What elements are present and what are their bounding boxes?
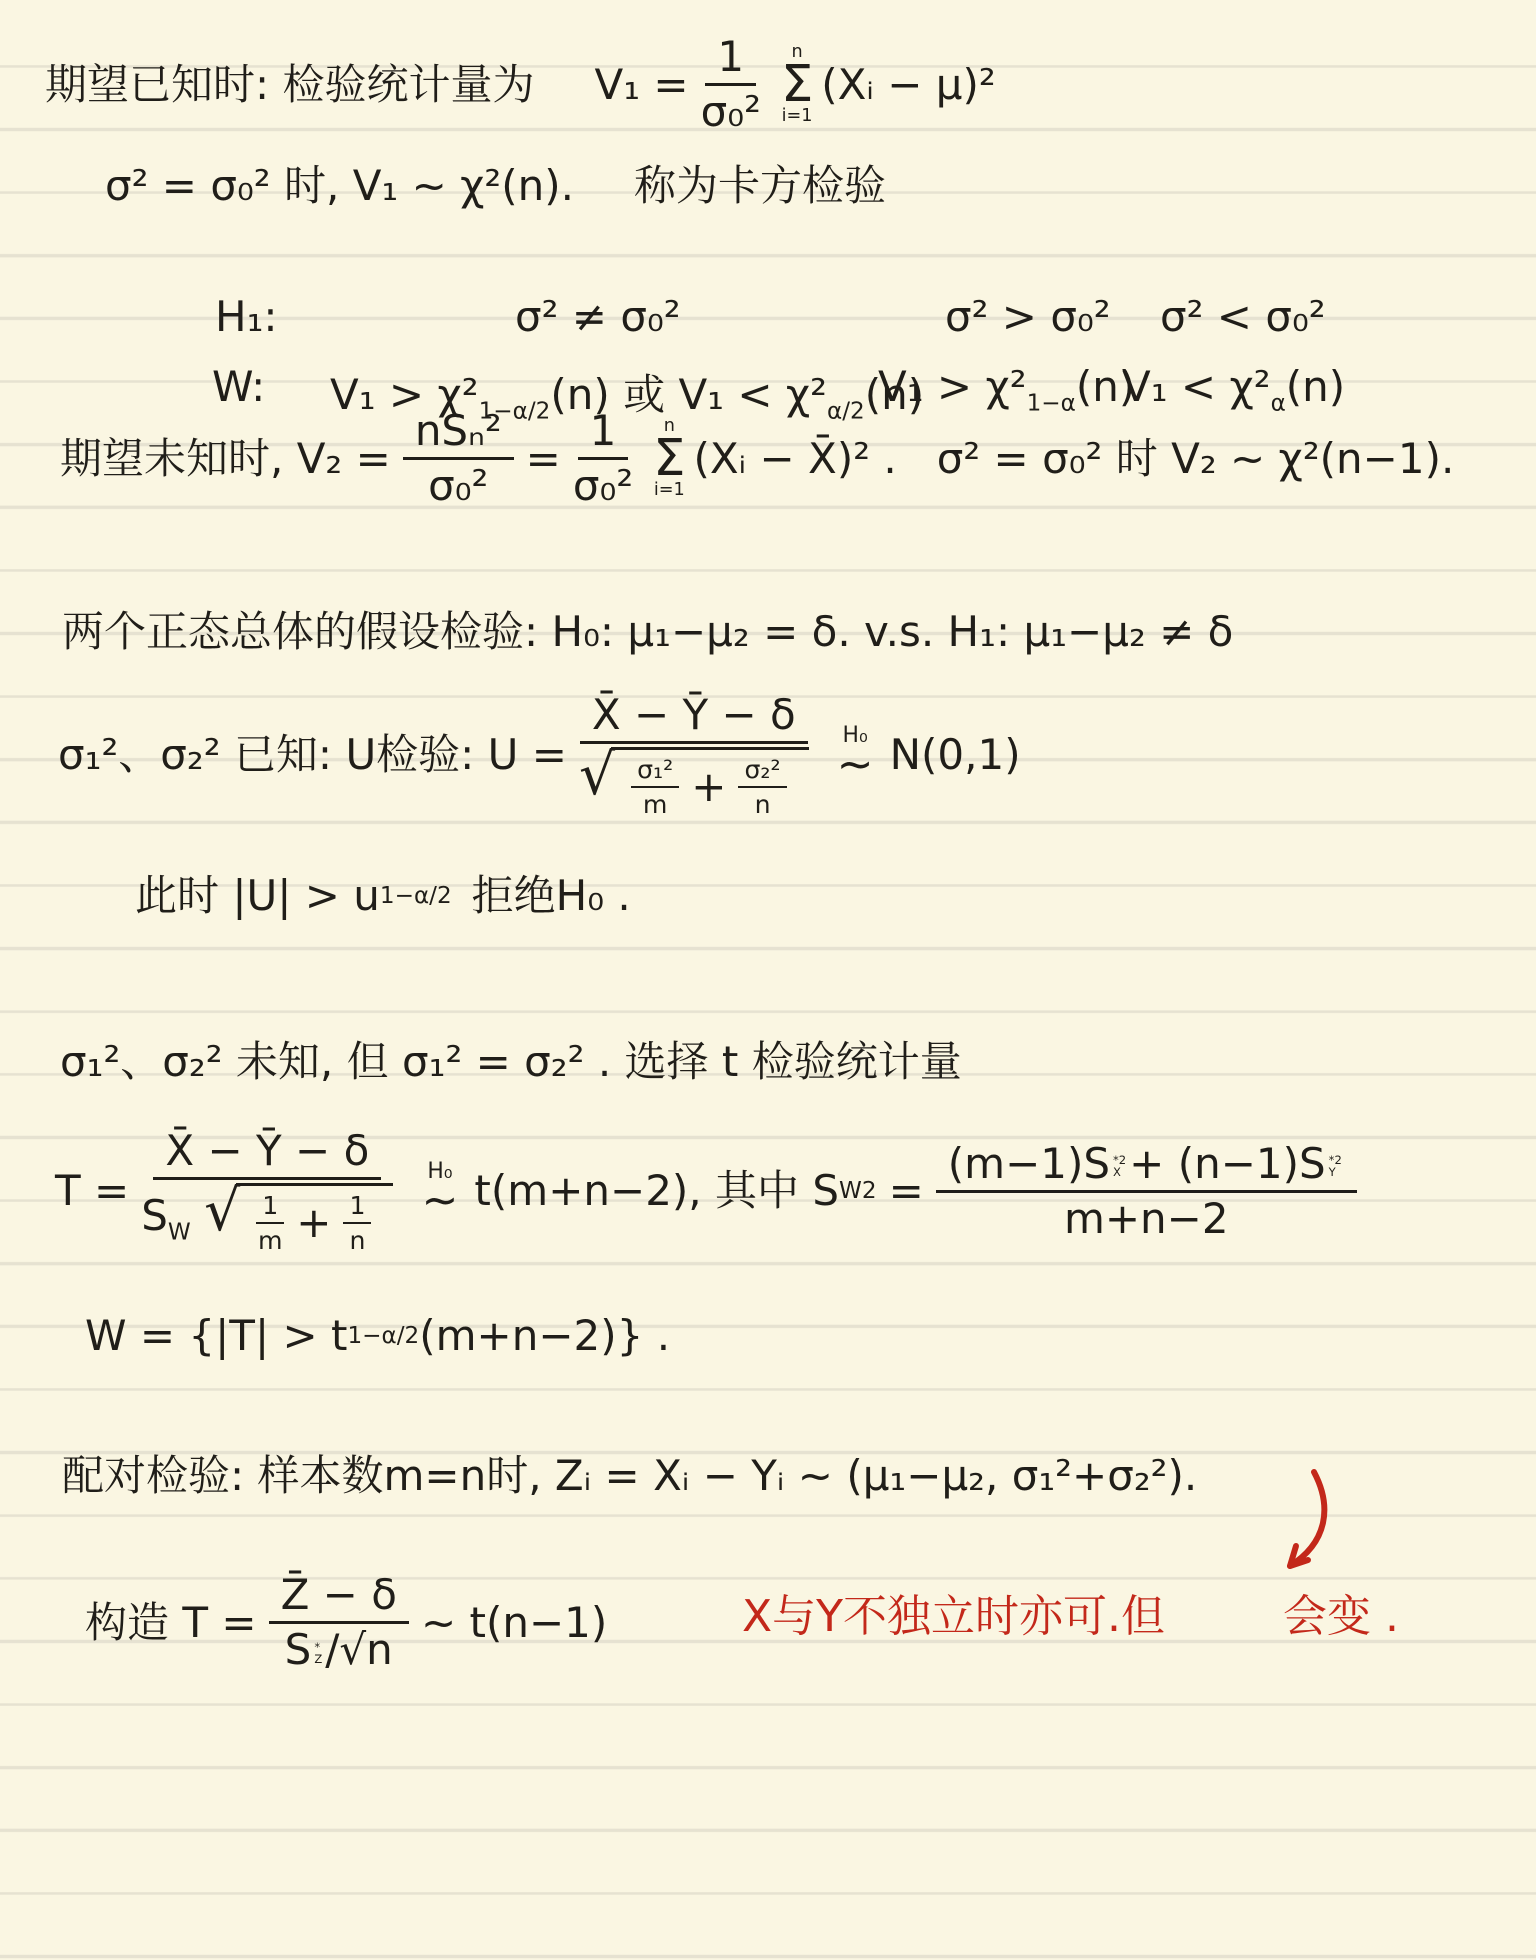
red-arrow-icon: [1262, 1468, 1354, 1586]
distributed-under-h0: H₀ ~: [421, 1162, 458, 1221]
sf1-den: m: [643, 788, 668, 819]
line-chi-square-naming: σ² = σ₀² 时, V₁ ~ χ²(n). 称为卡方检验: [105, 162, 886, 210]
sf2-num: 1: [343, 1192, 371, 1224]
one-over-m: 1 m: [256, 1192, 284, 1254]
line5-label: 期望未知时, V₂ =: [60, 435, 391, 483]
line-u-test: σ₁²、σ₂² 已知: U检验: U = X̄ − Ȳ − δ √ σ₁² m …: [58, 692, 1021, 819]
sz-sub: Z: [314, 1653, 322, 1665]
distributed-under-h0: H₀ ~: [837, 726, 874, 785]
sf2-den: n: [755, 788, 771, 819]
line10-mid: t(m+n−2), 其中 S: [474, 1167, 839, 1215]
line-variances-unknown: σ₁²、σ₂² 未知, 但 σ₁² = σ₂² . 选择 t 检验统计量: [60, 1038, 962, 1086]
red-note-part2: 会变 .: [1283, 1592, 1399, 1643]
u-frac-den: √ σ₁² m + σ₂² n: [579, 744, 809, 818]
sqrt-body: σ₁² m + σ₂² n: [611, 747, 809, 818]
line5-tail: σ² = σ₀² 时 V₂ ~ χ²(n−1).: [937, 435, 1455, 483]
line13-rhs: ~ t(n−1): [421, 1599, 607, 1647]
line2-formula: σ² = σ₀² 时, V₁ ~ χ²(n).: [105, 162, 574, 210]
notebook-page: { "page": { "bg_color": "#faf6e2", "rule…: [0, 0, 1536, 1960]
sx-star2: *2X: [1113, 1154, 1126, 1178]
t-frac-den: SW √ 1 m + 1 n: [141, 1180, 393, 1254]
w3: V₁ < χ²: [1122, 362, 1271, 411]
line-two-populations: 两个正态总体的假设检验: H₀: μ₁−μ₂ = δ. v.s. H₁: μ₁−…: [62, 608, 1233, 656]
sqrt-body: 1 m + 1 n: [236, 1183, 393, 1254]
line-expectation-unknown: 期望未知时, V₂ = nSₙ² σ₀² = 1 σ₀² n Σ i=1 (Xᵢ…: [60, 408, 1454, 509]
paired-t-fraction: Z̄ − δ S*Z/√n: [269, 1572, 409, 1673]
w3-tail: (n): [1286, 362, 1345, 411]
line12-text: 配对检验: 样本数m=n时, Zᵢ = Xᵢ − Yᵢ ~ (μ₁−μ₂, σ₁…: [62, 1452, 1197, 1500]
line5-frac1: nSₙ² σ₀²: [403, 408, 514, 509]
w-label: W:: [212, 362, 265, 411]
sw-sub: W: [839, 1178, 862, 1205]
sum-lower: i=1: [782, 108, 813, 126]
u-statistic-fraction: X̄ − Ȳ − δ √ σ₁² m + σ₂² n: [579, 692, 809, 819]
line10-eq: =: [889, 1167, 924, 1215]
w2: V₁ > χ²: [878, 362, 1027, 411]
radical-glyph: √: [204, 1183, 240, 1240]
line6-text: 两个正态总体的假设检验: H₀: μ₁−μ₂ = δ. v.s. H₁: μ₁−…: [62, 608, 1233, 656]
line11-pre: W = {|T| > t: [85, 1312, 347, 1360]
sy-star2: *2Y: [1329, 1154, 1342, 1178]
t-frac-num: X̄ − Ȳ − δ: [153, 1128, 381, 1180]
line10-lhs: T =: [55, 1167, 129, 1215]
sf2-den: n: [349, 1224, 365, 1255]
line-construct-t: 构造 T = Z̄ − δ S*Z/√n ~ t(n−1): [85, 1572, 607, 1673]
line13-label: 构造 T =: [85, 1599, 257, 1647]
line11-post: (m+n−2)} .: [419, 1312, 670, 1360]
pooled-s-sub: W: [168, 1220, 191, 1246]
sigma-glyph: Σ: [781, 62, 813, 108]
line-paired-test: 配对检验: 样本数m=n时, Zᵢ = Xᵢ − Yᵢ ~ (μ₁−μ₂, σ₁…: [62, 1452, 1197, 1500]
line1-fraction: 1 σ₀²: [701, 34, 761, 135]
line-t-statistic: T = X̄ − Ȳ − δ SW √ 1 m + 1 n: [55, 1128, 1369, 1255]
sx-sub: X: [1113, 1166, 1121, 1178]
paired-num: Z̄ − δ: [269, 1572, 409, 1624]
sqrt-expression: √ 1 m + 1 n: [204, 1183, 393, 1254]
h1-greater: σ² > σ₀²: [945, 292, 1111, 341]
line5-frac2-den: σ₀²: [573, 460, 633, 509]
line5-frac2: 1 σ₀²: [573, 408, 633, 509]
line2-note: 称为卡方检验: [634, 162, 886, 210]
one-over-n: 1 n: [343, 1192, 371, 1254]
plus-sign: +: [296, 1200, 331, 1246]
line5-frac1-num: nSₙ²: [403, 408, 514, 460]
line8-post: 拒绝H₀ .: [472, 872, 631, 920]
line5-eq: =: [526, 435, 561, 483]
line1-frac-num: 1: [705, 34, 756, 86]
paired-den: S*Z/√n: [285, 1624, 393, 1673]
sigma-glyph: Σ: [653, 436, 685, 482]
line9-text: σ₁²、σ₂² 未知, 但 σ₁² = σ₂² . 选择 t 检验统计量: [60, 1038, 962, 1086]
line5-rhs: (Xᵢ − X̄)² .: [693, 435, 896, 483]
line-expectation-known: 期望已知时: 检验统计量为 V₁ = 1 σ₀² n Σ i=1 (Xᵢ − μ…: [45, 34, 996, 135]
pooled-num-b: + (n−1)S: [1129, 1139, 1326, 1188]
line1-frac-den: σ₀²: [701, 86, 761, 135]
line1-lhs: V₁ =: [595, 61, 689, 109]
sy-sub: Y: [1329, 1166, 1336, 1178]
line1-rhs: (Xᵢ − μ)²: [821, 61, 996, 109]
pooled-den: m+n−2: [1064, 1193, 1229, 1242]
line1-label: 期望已知时: 检验统计量为: [45, 61, 535, 109]
summation-symbol: n Σ i=1: [781, 44, 813, 125]
sf1-num: σ₁²: [631, 756, 679, 788]
pooled-s: S: [141, 1191, 168, 1240]
h1-less: σ² < σ₀²: [1160, 292, 1326, 341]
line8-pre: 此时 |U| > u: [135, 872, 380, 920]
sf1-num: 1: [256, 1192, 284, 1224]
sf1-den: m: [258, 1224, 283, 1255]
line-reject-h0: 此时 |U| > u1−α/2 拒绝H₀ .: [135, 872, 631, 920]
tilde-glyph: ~: [837, 745, 874, 785]
red-note-part1: X与Y不独立时亦可.但: [742, 1592, 1165, 1643]
line-t-rejection-region: W = {|T| > t1−α/2 (m+n−2)} .: [85, 1312, 670, 1360]
line8-sub: 1−α/2: [380, 883, 452, 910]
sum-lower: i=1: [654, 482, 685, 500]
var1-over-m: σ₁² m: [631, 756, 679, 818]
h1-label: H₁:: [215, 292, 278, 341]
sz-star: *Z: [314, 1641, 322, 1665]
plus-sign: +: [691, 764, 726, 810]
line5-frac1-den: σ₀²: [428, 460, 488, 509]
u-frac-num: X̄ − Ȳ − δ: [580, 692, 808, 744]
line5-frac2-num: 1: [578, 408, 629, 460]
sw-sup: 2: [862, 1178, 877, 1205]
pooled-num: (m−1)S*2X+ (n−1)S*2Y: [936, 1141, 1357, 1193]
sqrt-expression: √ σ₁² m + σ₂² n: [579, 747, 809, 818]
pooled-variance-fraction: (m−1)S*2X+ (n−1)S*2Y m+n−2: [936, 1141, 1357, 1242]
sz-sup: *: [314, 1641, 320, 1653]
t-statistic-fraction: X̄ − Ȳ − δ SW √ 1 m + 1 n: [141, 1128, 393, 1255]
sz-s: S: [285, 1625, 312, 1674]
summation-symbol: n Σ i=1: [653, 418, 685, 499]
line7-rhs: N(0,1): [890, 731, 1021, 779]
sf2-num: σ₂²: [738, 756, 786, 788]
radical-glyph: √: [579, 747, 615, 804]
tilde-glyph: ~: [421, 1181, 458, 1221]
red-annotation: X与Y不独立时亦可.但 会变 .: [742, 1592, 1399, 1643]
sz-tail: /√n: [325, 1625, 393, 1674]
line11-sub: 1−α/2: [347, 1323, 419, 1350]
pooled-num-a: (m−1)S: [948, 1139, 1110, 1188]
h1-two-sided: σ² ≠ σ₀²: [515, 292, 681, 341]
var2-over-n: σ₂² n: [738, 756, 786, 818]
line7-label: σ₁²、σ₂² 已知: U检验: U =: [58, 731, 567, 779]
